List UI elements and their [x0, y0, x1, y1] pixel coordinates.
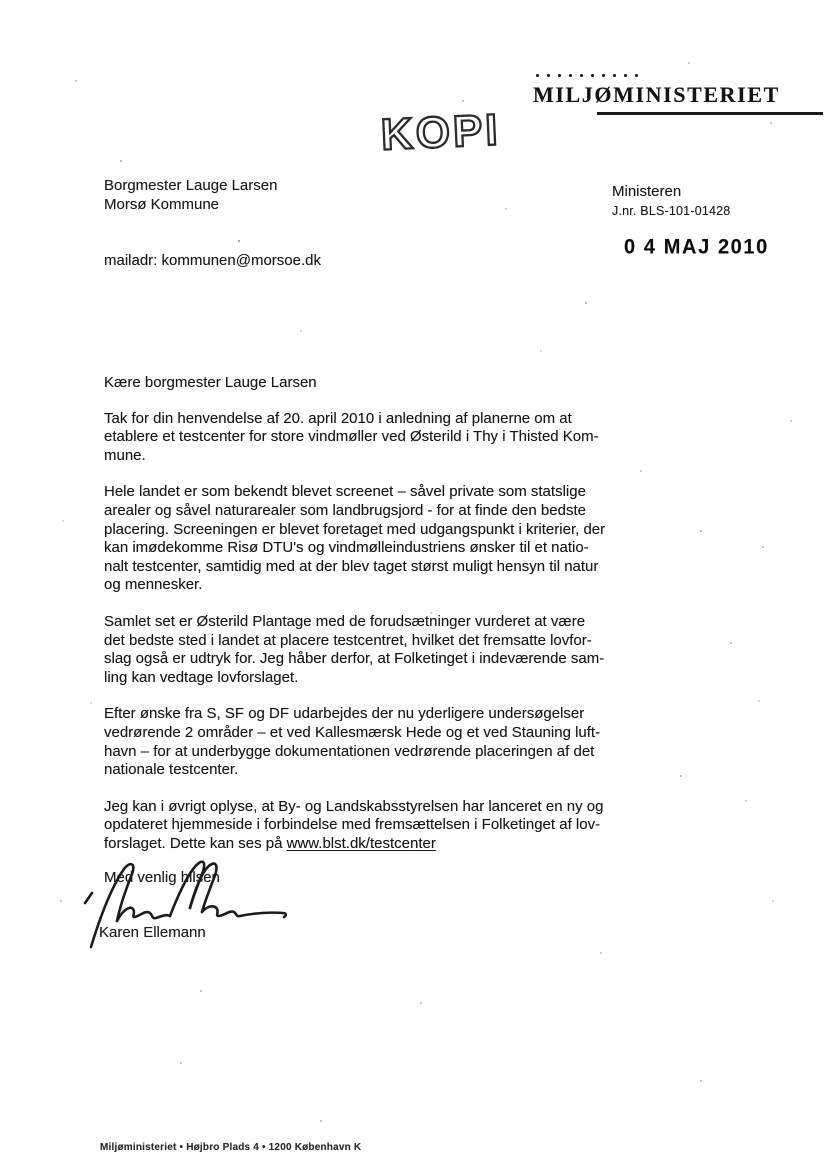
footer-address: Miljøministeriet • Højbro Plads 4 • 1200… — [100, 1142, 361, 1153]
letter-body: Kære borgmester Lauge Larsen Tak for din… — [104, 374, 676, 871]
reference-block: Ministeren J.nr. BLS-101-01428 — [612, 183, 730, 218]
recipient-name: Borgmester Lauge Larsen — [104, 177, 277, 196]
wordmark-dots-ornament — [536, 74, 539, 77]
paragraph-3: Samlet set er Østerild Plantage med de f… — [104, 613, 676, 687]
salutation: Kære borgmester Lauge Larsen — [104, 374, 676, 393]
recipient-address-block: Borgmester Lauge Larsen Morsø Kommune — [104, 177, 277, 214]
paragraph-2: Hele landet er som bekendt blevet screen… — [104, 483, 676, 595]
paragraph-4: Efter ønske fra S, SF og DF udarbejdes d… — [104, 705, 676, 779]
scan-noise-speckles — [0, 0, 2, 2]
sender-title: Ministeren — [612, 183, 730, 200]
scanned-letter-page: MILJØMINISTERIET KOPI Borgmester Lauge L… — [0, 0, 827, 1170]
testcenter-url-link[interactable]: www.blst.dk/testcenter — [287, 835, 436, 852]
recipient-email-line: mailadr: kommunen@morsoe.dk — [104, 252, 321, 269]
ministry-wordmark: MILJØMINISTERIET — [533, 74, 823, 115]
signer-name: Karen Ellemann — [99, 924, 206, 941]
copy-stamp: KOPI — [380, 105, 502, 160]
ministry-name: MILJØMINISTERIET — [533, 82, 823, 108]
date-stamp: 0 4 MAJ 2010 — [624, 235, 769, 259]
journal-number: J.nr. BLS-101-01428 — [612, 204, 730, 218]
wordmark-underline — [597, 112, 823, 115]
paragraph-1: Tak for din henvendelse af 20. april 201… — [104, 410, 676, 466]
recipient-organization: Morsø Kommune — [104, 196, 277, 215]
paragraph-5: Jeg kan i øvrigt oplyse, at By- og Lands… — [104, 798, 676, 854]
